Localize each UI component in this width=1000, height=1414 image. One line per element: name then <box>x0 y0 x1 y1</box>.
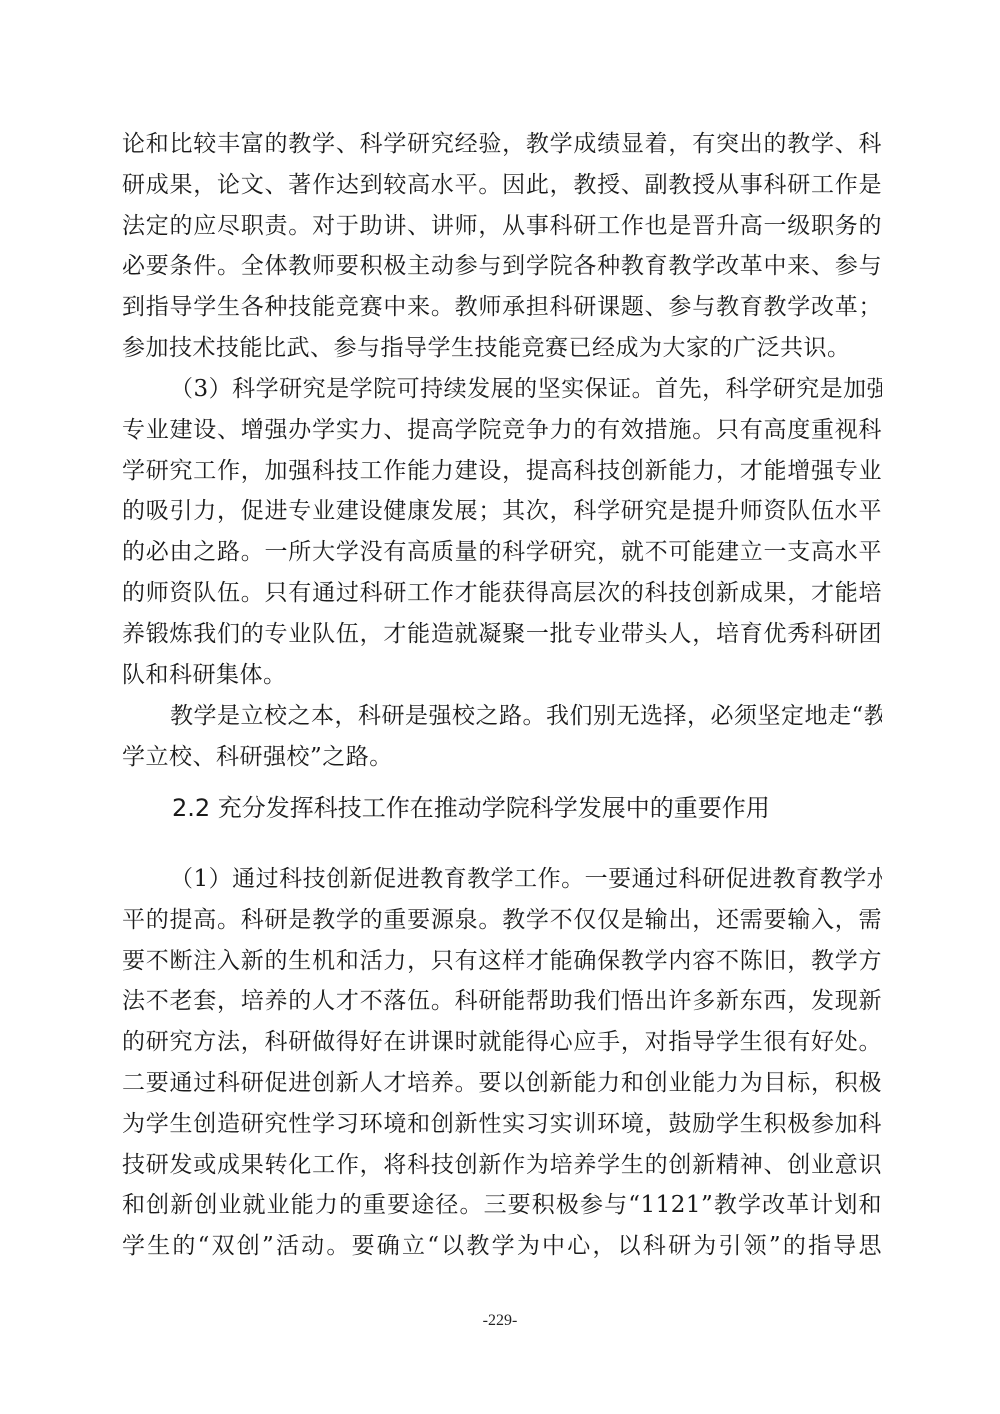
text-line: 学生的“双创”活动。要确立“以教学为中心，以科研为引领”的指导思 <box>122 1226 882 1267</box>
text-line: 的师资队伍。只有通过科研工作才能获得高层次的科技创新成果，才能培 <box>122 573 882 614</box>
paragraph-point-1: （1）通过科技创新促进教育教学工作。一要通过科研促进教育教学水 平的提高。科研是… <box>122 859 882 1267</box>
text-line: 要不断注入新的生机和活力，只有这样才能确保教学内容不陈旧，教学方 <box>122 941 882 982</box>
paragraph-conclusion: 教学是立校之本，科研是强校之路。我们别无选择，必须坚定地走“教 学立校、科研强校… <box>122 696 882 778</box>
text-line: （3）科学研究是学院可持续发展的坚实保证。首先，科学研究是加强 <box>122 369 882 410</box>
text-line: 到指导学生各种技能竞赛中来。教师承担科研课题、参与教育教学改革； <box>122 287 882 328</box>
text-line: 学立校、科研强校”之路。 <box>122 737 882 778</box>
page-number: -229- <box>0 1312 1000 1330</box>
text-line: 二要通过科研促进创新人才培养。要以创新能力和创业能力为目标，积极 <box>122 1063 882 1104</box>
text-line: （1）通过科技创新促进教育教学工作。一要通过科研促进教育教学水 <box>122 859 882 900</box>
text-line: 技研发或成果转化工作，将科技创新作为培养学生的创新精神、创业意识 <box>122 1145 882 1186</box>
text-line: 的必由之路。一所大学没有高质量的科学研究，就不可能建立一支高水平 <box>122 532 882 573</box>
text-line: 必要条件。全体教师要积极主动参与到学院各种教育教学改革中来、参与 <box>122 246 882 287</box>
text-line: 平的提高。科研是教学的重要源泉。教学不仅仅是输出，还需要输入，需 <box>122 900 882 941</box>
text-line: 养锻炼我们的专业队伍，才能造就凝聚一批专业带头人，培育优秀科研团 <box>122 614 882 655</box>
paragraph-continuation: 论和比较丰富的教学、科学研究经验，教学成绩显着，有突出的教学、科 研成果，论文、… <box>122 124 882 369</box>
text-line: 专业建设、增强办学实力、提高学院竞争力的有效措施。只有高度重视科 <box>122 410 882 451</box>
text-line: 的研究方法，科研做得好在讲课时就能得心应手，对指导学生很有好处。 <box>122 1022 882 1063</box>
text-line: 法不老套，培养的人才不落伍。科研能帮助我们悟出许多新东西，发现新 <box>122 981 882 1022</box>
text-line: 教学是立校之本，科研是强校之路。我们别无选择，必须坚定地走“教 <box>122 696 882 737</box>
text-line: 参加技术技能比武、参与指导学生技能竞赛已经成为大家的广泛共识。 <box>122 328 882 369</box>
paragraph-point-3: （3）科学研究是学院可持续发展的坚实保证。首先，科学研究是加强 专业建设、增强办… <box>122 369 882 695</box>
text-line: 学研究工作，加强科技工作能力建设，提高科技创新能力，才能增强专业 <box>122 451 882 492</box>
text-line: 研成果，论文、著作达到较高水平。因此，教授、副教授从事科研工作是 <box>122 165 882 206</box>
text-line: 法定的应尽职责。对于助讲、讲师，从事科研工作也是晋升高一级职务的 <box>122 206 882 247</box>
section-heading: 2.2 充分发挥科技工作在推动学院科学发展中的重要作用 <box>172 788 770 828</box>
text-line: 为学生创造研究性学习环境和创新性实习实训环境，鼓励学生积极参加科 <box>122 1104 882 1145</box>
text-line: 队和科研集体。 <box>122 655 882 696</box>
text-line: 的吸引力，促进专业建设健康发展；其次，科学研究是提升师资队伍水平 <box>122 491 882 532</box>
text-line: 和创新创业就业能力的重要途径。三要积极参与“1121”教学改革计划和 <box>122 1185 882 1226</box>
text-line: 论和比较丰富的教学、科学研究经验，教学成绩显着，有突出的教学、科 <box>122 124 882 165</box>
